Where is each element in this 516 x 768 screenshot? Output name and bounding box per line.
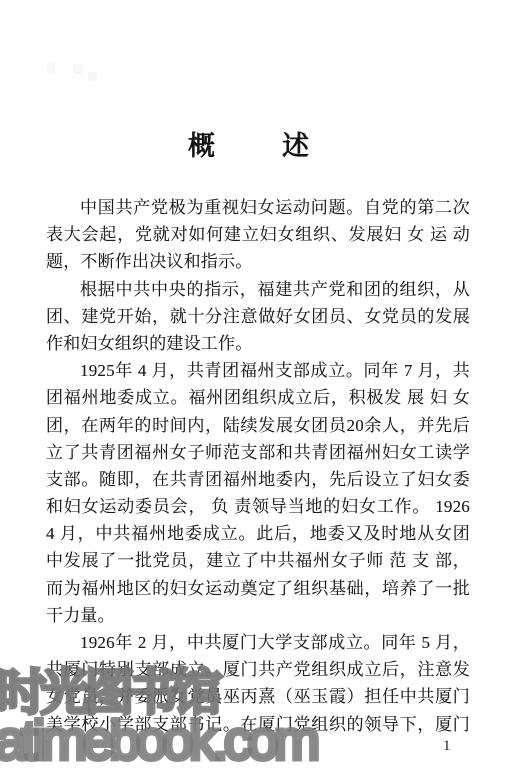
scan-smudge bbox=[88, 72, 97, 81]
scan-smudge bbox=[73, 64, 83, 74]
text-line: 1926年 2 月，中共厦门大学支部成立。同年 5 月，中 bbox=[46, 629, 470, 656]
text-line: 团，在两年的时间内，陆续发展女团员20余人，并先后建 bbox=[46, 412, 470, 439]
page-title: 概 述 bbox=[0, 124, 516, 163]
book-page: 概 述 中国共产党极为重视妇女运动问题。自党的第二次代 表大会起，党就对如何建立… bbox=[0, 0, 516, 768]
text-line: 中发展了一批党员，建立了中共福州女子师 范 支 部， 从 bbox=[46, 547, 470, 574]
text-line: 和妇女运动委员会， 负 责领导当地的妇女工作。 1926 年 bbox=[46, 493, 470, 520]
text-line: 团、建党开始，就十分注意做好女团员、女党员的发展工 bbox=[46, 303, 470, 330]
page-title-char: 述 bbox=[282, 124, 310, 163]
text-line: 1925年 4 月，共青团福州支部成立。同年 7 月，共青 bbox=[46, 357, 470, 384]
text-line: 题，不断作出决议和指示。 bbox=[46, 248, 470, 275]
text-line: 支部。随即，在共青团福州地委内，先后设立了妇女委员 bbox=[46, 466, 470, 493]
text-line: 立了共青团福州女子师范支部和共青团福州妇女工读学校 bbox=[46, 439, 470, 466]
scan-smudge bbox=[47, 63, 55, 73]
text-line: 团福州地委成立。福州团组织成立后，积极发 展 妇 女 入 bbox=[46, 384, 470, 411]
text-line: 干力量。 bbox=[46, 602, 470, 629]
page-number: 1 bbox=[443, 738, 451, 755]
text-line: 而为福州地区的妇女运动奠定了组织基础，培养了一批骨 bbox=[46, 575, 470, 602]
text-line: 表大会起，党就对如何建立妇女组织、发展妇 女 运 动 问 bbox=[46, 221, 470, 248]
text-line: 中国共产党极为重视妇女运动问题。自党的第二次代 bbox=[46, 194, 470, 221]
text-line: 4 月，中共福州地委成立。此后，地委又及时地从女团员 bbox=[46, 520, 470, 547]
text-line: 作和妇女组织的建设工作。 bbox=[46, 330, 470, 357]
watermark-url: atimebook.com bbox=[0, 708, 316, 768]
page-title-char: 概 bbox=[188, 124, 216, 163]
text-line: 根据中共中央的指示，福建共产党和团的组织，从建 bbox=[46, 276, 470, 303]
